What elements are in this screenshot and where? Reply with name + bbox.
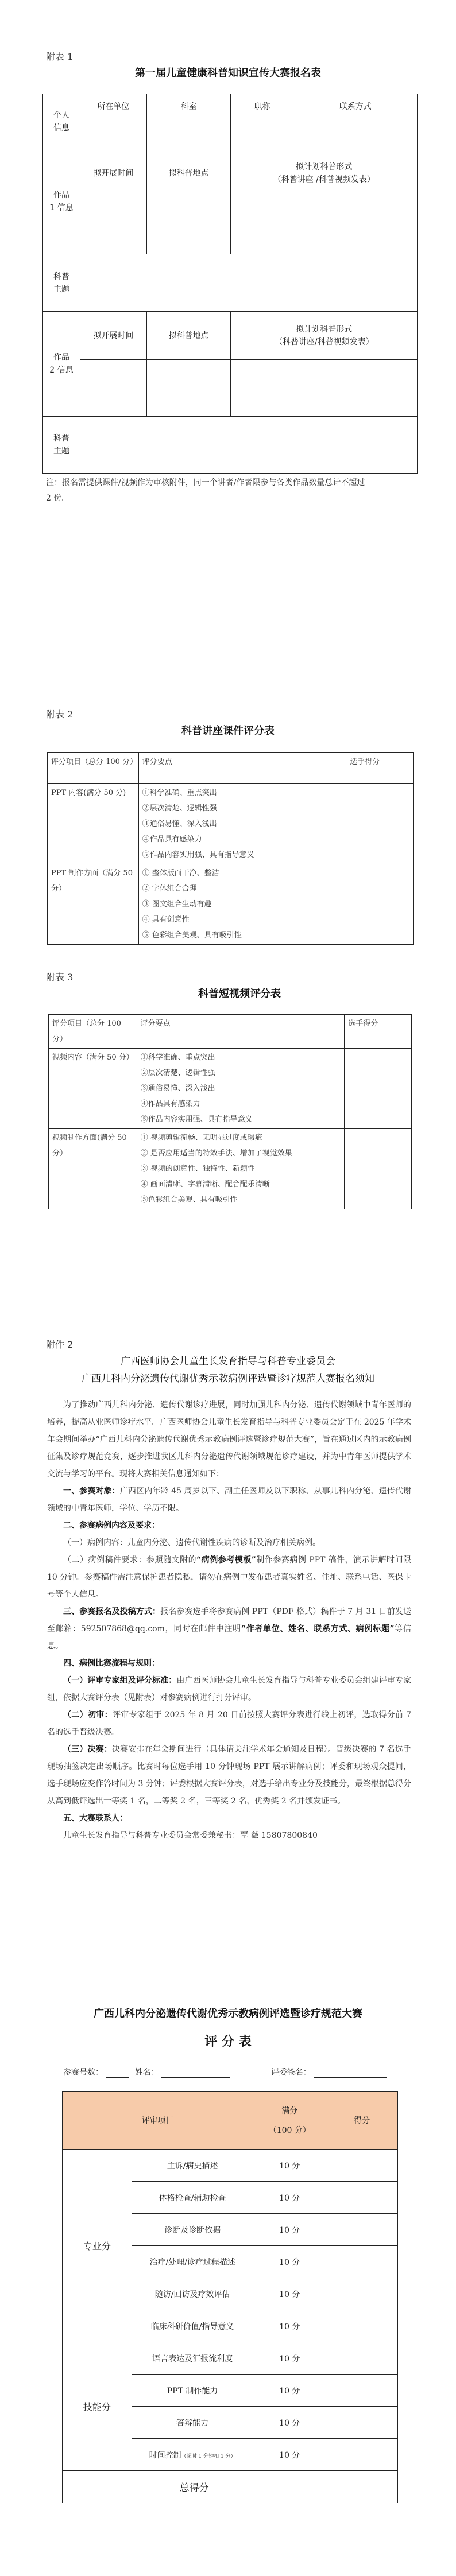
header-score: 得分 <box>326 2092 398 2150</box>
section-2-2: （二）病例稿件要求：参照随文附的“病例参考模板”制作参赛病例 PPT 稿件，演示… <box>47 1551 411 1603</box>
section-3: 三、参赛报名及投稿方式：报名参赛选手将参赛病例 PPT（PDF 格式）稿件于 7… <box>47 1603 411 1655</box>
judge-signature-field[interactable] <box>314 2069 387 2078</box>
score-field[interactable] <box>326 2278 398 2310</box>
score-item: 治疗/处理/诊疗过程描述 <box>132 2246 253 2278</box>
appendix2-title: 科普讲座课件评分表 <box>0 723 456 738</box>
registration-note: 注：报名需提供课件/视频作为审核附件，同一个讲者/作者限参与各类作品数量总计不超… <box>46 475 419 506</box>
judge-label: 评委签名： <box>271 2068 311 2077</box>
section-4-2: （二）初审：评审专家组于 2025 年 8 月 20 日前按照大赛评分表进行线上… <box>47 1706 411 1741</box>
rubric-points: ①科学准确、重点突出②层次清楚、逻辑性强③通俗易懂、深入浅出④作品具有感染力⑤作… <box>137 1049 345 1129</box>
score-field[interactable] <box>326 2310 398 2342</box>
score-full: 10 分 <box>253 2214 326 2246</box>
work1-time-field[interactable] <box>80 197 146 254</box>
header-work1-time: 拟开展时间 <box>80 149 146 197</box>
appendix2-label: 附表 2 <box>46 707 73 720</box>
work1-info-label: 作品1 信息 <box>43 149 80 254</box>
attachment2-label: 附件 2 <box>46 1337 73 1351</box>
rubric-header-item: 评分项目（总分 100 分） <box>48 753 139 784</box>
group-professional: 专业分 <box>63 2150 132 2342</box>
topic1-label: 科普主题 <box>43 254 80 312</box>
rubric-header-points: 评分要点 <box>137 1015 345 1049</box>
rubric-points: ① 视频剪辑流畅、无明显过度或瑕疵② 是否应用适当的特效手法、增加了视觉效果③ … <box>137 1129 345 1209</box>
unit-field[interactable] <box>80 119 146 149</box>
rubric-points: ① 整体版面干净、整洁② 字体组合合理③ 图文组合生动有趣④ 具有创意性⑤ 色彩… <box>138 864 346 945</box>
section-5-heading: 五、大赛联系人： <box>47 1810 411 1827</box>
rubric-points: ①科学准确、重点突出②层次清楚、逻辑性强③通俗易懂、深入浅出④作品具有感染力⑤作… <box>138 784 346 864</box>
notice-intro: 为了推动广西儿科内分泌、遗传代谢诊疗进展，同时加强儿科内分泌、遗传代谢领域中青年… <box>47 1396 411 1483</box>
total-score-field[interactable] <box>326 2471 398 2503</box>
scoresheet-subtitle: 评 分 表 <box>0 2032 456 2050</box>
rubric-score-field[interactable] <box>346 864 414 945</box>
group-skill: 技能分 <box>63 2342 132 2471</box>
rubric-header-points: 评分要点 <box>138 753 346 784</box>
score-field[interactable] <box>326 2246 398 2278</box>
score-full: 10 分 <box>253 2150 326 2182</box>
topic2-label: 科普主题 <box>43 417 80 474</box>
contact-person: 儿童生长发育指导与科普专业委员会常委兼秘书：覃 薇 15807800840 <box>47 1827 411 1844</box>
work2-place-field[interactable] <box>146 360 231 417</box>
work2-info-label: 作品2 信息 <box>43 312 80 417</box>
registration-table: 个人信息 所在单位 科室 职称 联系方式 作品1 信息 拟开展时间 拟科普地点 … <box>42 94 418 474</box>
appendix3-label: 附表 3 <box>46 970 73 983</box>
personal-info-label: 个人信息 <box>43 94 80 149</box>
contact-field[interactable] <box>293 119 418 149</box>
score-item: PPT 制作能力 <box>132 2375 253 2407</box>
rubric-item: PPT 制作方面（满分 50 分） <box>48 864 139 945</box>
appendix3-title: 科普短视频评分表 <box>0 986 456 1000</box>
header-contact: 联系方式 <box>293 94 418 119</box>
score-item: 体格检查/辅助检查 <box>132 2182 253 2214</box>
score-field[interactable] <box>326 2150 398 2182</box>
score-field[interactable] <box>326 2375 398 2407</box>
rubric-header-score: 选手得分 <box>345 1015 412 1049</box>
section-2-1: （一）病例内容：儿童内分泌、遗传代谢性疾病的诊断及治疗相关病例。 <box>47 1534 411 1551</box>
video-rubric-table: 评分项目（总分 100 分） 评分要点 选手得分 视频内容（满分 50 分） ①… <box>48 1014 412 1209</box>
entry-no-label: 参赛号数： <box>63 2068 103 2077</box>
score-full: 10 分 <box>253 2246 326 2278</box>
section-4-1: （一）评审专家组及评分标准：由广西医师协会儿童生长发育指导与科普专业委员会组建评… <box>47 1672 411 1706</box>
work1-place-field[interactable] <box>146 197 231 254</box>
work2-time-field[interactable] <box>80 360 146 417</box>
header-department: 科室 <box>146 94 231 119</box>
rubric-header-score: 选手得分 <box>346 753 414 784</box>
score-item: 主诉/病史描述 <box>132 2150 253 2182</box>
work2-form-field[interactable] <box>231 360 418 417</box>
header-title: 职称 <box>231 94 293 119</box>
header-work1-place: 拟科普地点 <box>146 149 231 197</box>
header-full-marks: 满分 （100 分） <box>253 2092 326 2150</box>
total-score-label: 总得分 <box>63 2471 326 2503</box>
rubric-header-item: 评分项目（总分 100 分） <box>49 1015 137 1049</box>
score-item: 随访/回访及疗效评估 <box>132 2278 253 2310</box>
header-review-item: 评审项目 <box>63 2092 253 2150</box>
lecture-rubric-table: 评分项目（总分 100 分） 评分要点 选手得分 PPT 内容(满分 50 分)… <box>47 752 414 945</box>
title-field[interactable] <box>231 119 293 149</box>
entry-no-field[interactable] <box>106 2069 129 2078</box>
appendix1-label: 附表 1 <box>46 49 73 63</box>
score-full: 10 分 <box>253 2278 326 2310</box>
work1-form-field[interactable] <box>231 197 418 254</box>
rubric-item: PPT 内容(满分 50 分) <box>48 784 139 864</box>
topic2-field[interactable] <box>80 417 417 474</box>
section-4-3: （三）决赛：决赛安排在年会期间进行（具体请关注学术年会通知及日程）。晋级决赛的 … <box>47 1741 411 1810</box>
score-field[interactable] <box>326 2407 398 2439</box>
score-field[interactable] <box>326 2439 398 2471</box>
department-field[interactable] <box>146 119 231 149</box>
score-field[interactable] <box>326 2182 398 2214</box>
header-work2-form: 拟计划科普形式（科普讲座/科普视频发表） <box>231 312 418 360</box>
score-full: 10 分 <box>253 2439 326 2471</box>
section-4-heading: 四、病例比赛流程与规则： <box>47 1655 411 1672</box>
rubric-score-field[interactable] <box>345 1129 412 1209</box>
score-full: 10 分 <box>253 2310 326 2342</box>
name-field[interactable] <box>161 2069 230 2078</box>
score-item: 语言表达及汇报流利度 <box>132 2342 253 2375</box>
score-item: 答辩能力 <box>132 2407 253 2439</box>
score-full: 10 分 <box>253 2182 326 2214</box>
score-full: 10 分 <box>253 2342 326 2375</box>
header-work1-form: 拟计划科普形式（科普讲座 /科普视频发表） <box>231 149 418 197</box>
score-full: 10 分 <box>253 2375 326 2407</box>
section-2-heading: 二、参赛病例内容及要求： <box>47 1517 411 1534</box>
score-full: 10 分 <box>253 2407 326 2439</box>
score-field[interactable] <box>326 2342 398 2375</box>
score-item: 时间控制（超时 1 分钟扣 1 分） <box>132 2439 253 2471</box>
header-work2-place: 拟科普地点 <box>146 312 231 360</box>
score-item: 诊断及诊断依据 <box>132 2214 253 2246</box>
scoresheet-title: 广西儿科内分泌遗传代谢优秀示教病例评选暨诊疗规范大赛 <box>0 2005 456 2020</box>
topic1-field[interactable] <box>80 254 417 312</box>
attachment2-title: 广西医师协会儿童生长发育指导与科普专业委员会 广西儿科内分泌遗传代谢优秀示教病例… <box>0 1353 456 1387</box>
name-label: 姓名： <box>135 2068 159 2077</box>
header-work2-time: 拟开展时间 <box>80 312 146 360</box>
notice-body: 为了推动广西儿科内分泌、遗传代谢诊疗进展，同时加强儿科内分泌、遗传代谢领域中青年… <box>47 1396 411 1844</box>
score-item: 临床科研价值/指导意义 <box>132 2310 253 2342</box>
score-table: 评审项目 满分 （100 分） 得分 专业分 主诉/病史描述 10 分 体格检查… <box>62 2091 398 2503</box>
rubric-item: 视频内容（满分 50 分） <box>49 1049 137 1129</box>
appendix1-title: 第一届儿童健康科普知识宣传大赛报名表 <box>0 65 456 80</box>
section-1: 一、参赛对象：广西区内年龄 45 周岁以下、副主任医师及以下职称、从事儿科内分泌… <box>47 1483 411 1517</box>
header-unit: 所在单位 <box>80 94 146 119</box>
score-field[interactable] <box>326 2214 398 2246</box>
rubric-score-field[interactable] <box>345 1049 412 1129</box>
scoresheet-fields: 参赛号数： 姓名： 评委签名： <box>63 2066 387 2078</box>
rubric-score-field[interactable] <box>346 784 414 864</box>
rubric-item: 视频制作方面(满分 50 分） <box>49 1129 137 1209</box>
